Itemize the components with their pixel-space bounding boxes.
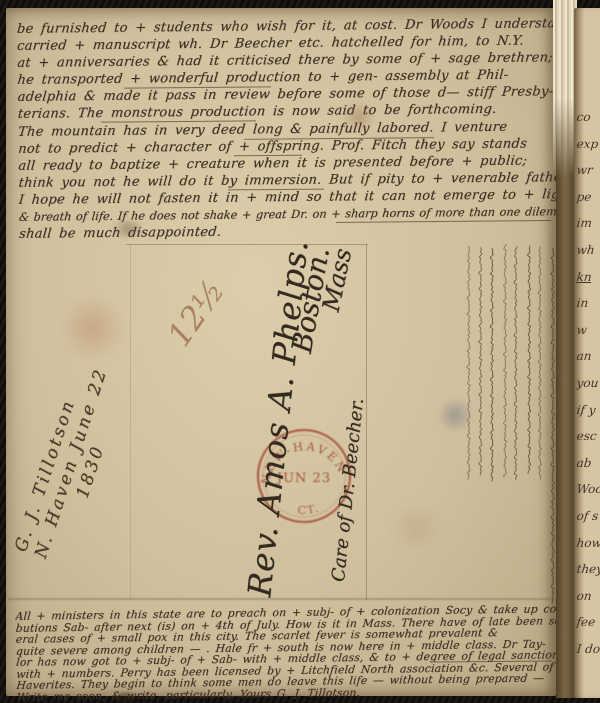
word-fragment: im	[575, 216, 600, 243]
word-fragment: wh	[575, 243, 600, 270]
word-fragment: of s	[575, 509, 600, 536]
scan-backdrop: { "colors": { "backdrop": "#141210", "pa…	[0, 0, 600, 703]
cross-writing-line	[490, 248, 493, 481]
fold-crease-vertical-faint	[130, 244, 131, 600]
word-fragment: ab	[575, 456, 600, 483]
cross-writing-line	[551, 248, 554, 603]
cross-writing-line	[467, 246, 470, 479]
cross-writing-line	[479, 248, 482, 476]
word-fragment: co	[575, 110, 600, 137]
word-fragment: w	[575, 323, 600, 350]
word-fragment: they	[575, 562, 600, 589]
word-fragment: an	[575, 349, 600, 376]
letter-sheet: be furnished to + students who wish for …	[6, 8, 556, 696]
adjacent-page-text-fragments: co exp wr pe im wh kn in w an you if y e…	[576, 110, 600, 668]
svg-text:CT.: CT.	[296, 501, 322, 519]
manuscript-bottom-block: All + ministers in this state are to pre…	[15, 603, 562, 703]
manuscript-top-block: be furnished to + students who wish for …	[17, 15, 561, 247]
word-fragment: esc	[575, 429, 600, 456]
word-fragment: wr	[575, 163, 600, 190]
sender-docket: G. J. Tillotson N. Haven June 22 1830	[10, 348, 136, 567]
postmark-state-text: CT.	[296, 501, 322, 519]
postal-rate-mark: 12½	[157, 269, 236, 357]
word-fragment: on	[575, 589, 600, 616]
cross-writing-line	[514, 246, 517, 479]
word-fragment: pe	[575, 190, 600, 217]
wax-seal-residue	[58, 298, 128, 358]
word-fragment: I do	[575, 642, 600, 669]
foxing-spot	[386, 508, 446, 548]
word-fragment: how	[575, 536, 600, 563]
word-fragment: if y	[575, 403, 600, 430]
adjacent-page-edge: co exp wr pe im wh kn in w an you if y e…	[574, 8, 600, 698]
word-fragment: you	[575, 376, 600, 403]
word-fragment: kn	[575, 270, 600, 297]
word-fragment: in	[575, 296, 600, 323]
cross-writing-line	[538, 246, 541, 479]
cross-writing-block	[462, 243, 568, 608]
cross-writing-line	[503, 244, 506, 477]
word-fragment: Woo	[575, 482, 600, 509]
cross-writing-line	[528, 246, 531, 474]
word-fragment: exp	[575, 137, 600, 164]
word-fragment: fee	[575, 615, 600, 642]
